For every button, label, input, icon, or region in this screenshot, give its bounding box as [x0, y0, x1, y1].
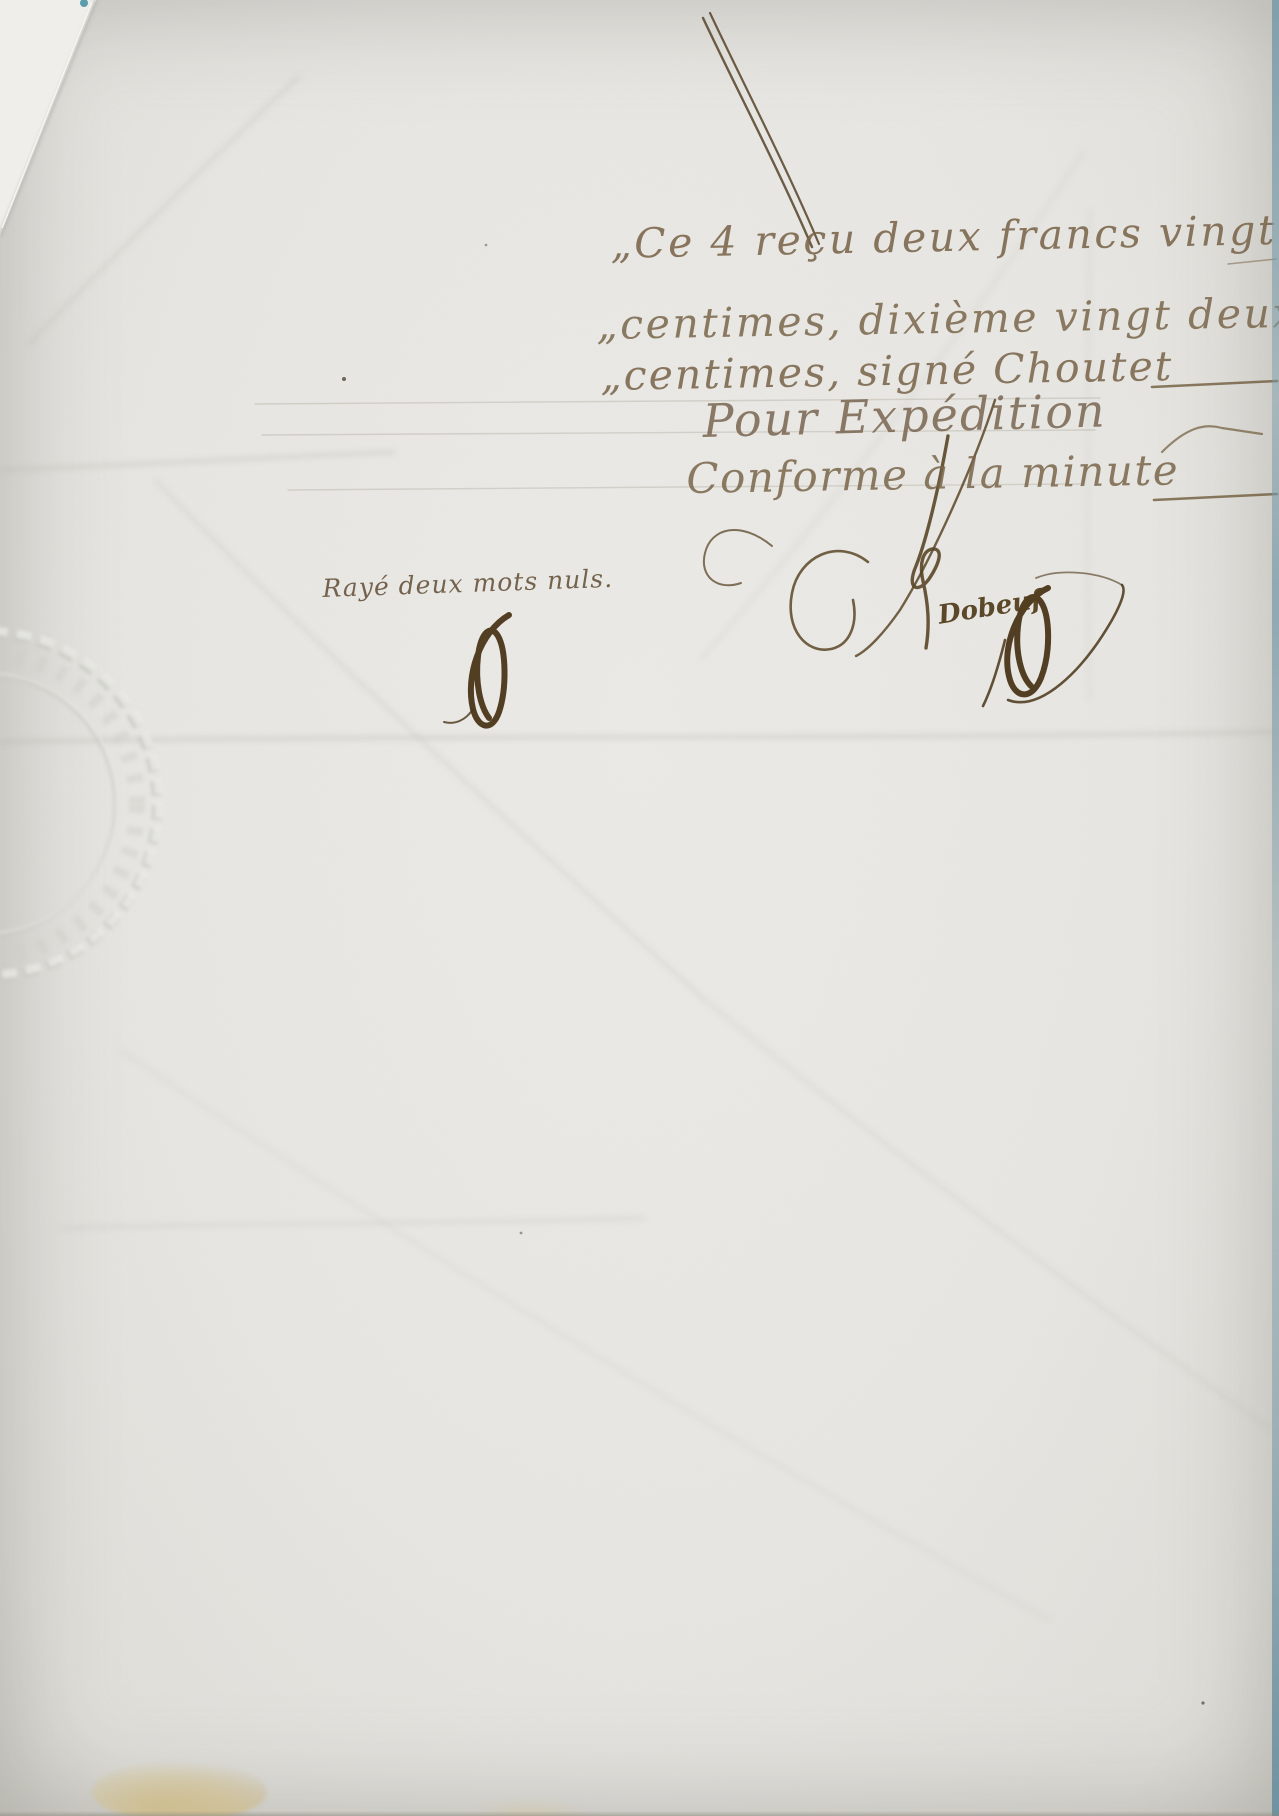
paper-texture-layer	[0, 0, 1279, 1816]
teal-speck	[80, 0, 88, 7]
filler-dash	[1228, 259, 1276, 264]
quoted-line-2: „centimes, dixième vingt deux	[596, 289, 1279, 349]
manuscript-page: „Ce 4 reçu deux francs vingt „centimes, …	[0, 0, 1279, 1816]
double-stroke-mark	[703, 13, 819, 247]
certification-line-1: Pour Expédition	[702, 383, 1107, 448]
signature-name: Dobeuf	[936, 585, 1044, 631]
ink-layer	[255, 13, 1277, 1705]
certification-line-2: Conforme à la minute	[686, 445, 1179, 503]
filler-dash	[1154, 494, 1277, 500]
stain-bottom-left	[92, 1762, 267, 1816]
paper-grain	[0, 0, 1279, 1816]
quoted-line-1: „Ce 4 reçu deux francs vingt	[610, 206, 1277, 268]
fold-corner	[0, 0, 96, 236]
marginal-paraph	[444, 615, 509, 726]
marginal-note: Rayé deux mots nuls.	[322, 564, 614, 603]
embossed-seal	[0, 631, 159, 977]
blue-paper-edge	[1272, 0, 1279, 1816]
bottom-scan-shadow	[0, 1811, 1279, 1816]
